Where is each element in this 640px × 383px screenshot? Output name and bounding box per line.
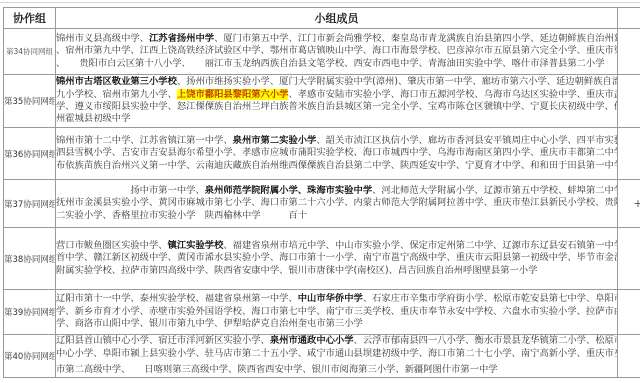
school-names-text: 、 贵阳市白云区第十八小学、 丽江市玉龙纳西族自治县文笔学校、西安市西电中学、青… <box>56 58 605 69</box>
school-names-text: 、福建省泉州市培元中学、中山市实验小学、保定市定州第二中学、辽源市东辽县安石镇第… <box>223 240 617 251</box>
group-members-cell: 锦州市第十二中学、江苏省镇江第一中学、泉州市第二实验小学、韶关市浈江区执信小学、… <box>56 128 618 180</box>
header-extra-column <box>618 8 640 29</box>
school-names-text: 、宿州市第九中学、江西上饶高铁经济试验区中学、鄂州市葛店镇映山中学、海口市海景学… <box>56 45 617 56</box>
extra-cell-empty <box>618 75 640 128</box>
group-label: 第39协同网组 <box>4 290 56 335</box>
school-names-text: 锦州市第十二中学、江苏省镇江第一中学、 <box>56 135 233 146</box>
group-label: 第34协同网组 <box>4 29 56 75</box>
school-names-text: 锦州市义县高级中学、 <box>56 33 149 44</box>
school-names-text: 学、商洛市山阳中学、银川市第九中学、伊犁哈萨克自治州奎屯市第三小学 <box>56 318 363 329</box>
school-names-text: 布依族苗族自治州兴义第一中学、云南迪庆藏族自治州维西傈僳族自治县第二中学、陕西延… <box>56 160 617 171</box>
school-name-bold: 泉州市通政中心小学 <box>270 335 354 346</box>
school-names-text: 二实验小学、香格里拉市实验小学 陕西榆林中学 百十 <box>56 210 307 221</box>
school-names-text: 、厦门市第五中学、江门市新会尚雅学校、秦皇岛市青龙满族自治县第四小学、延边朝鲜族… <box>214 33 617 44</box>
group-members-cell: 锦州市义县高级中学、江苏省扬州中学、厦门市第五中学、江门市新会尚雅学校、秦皇岛市… <box>56 29 618 75</box>
members-text-line: 布依族苗族自治州兴义第一中学、云南迪庆藏族自治州维西傈僳族自治县第二中学、陕西延… <box>56 160 617 172</box>
table-header-row: 协作组 小组成员 <box>4 8 640 29</box>
school-names-text: 中心小学、阜阳市颍上县实验小学、驻马店市第二十五小学、咸宁市通山县坝建初级中学、… <box>56 348 617 359</box>
school-names-text: 扬中市第一中学、 <box>56 185 205 196</box>
school-name-highlighted: 上饶市鄱阳县黎阳第六小学 <box>177 89 289 100</box>
members-text-line: 辽阳县首山镇中心小学、宿迁市洋河新区实验小学、泉州市通政中心小学、云浮市郁南县四… <box>56 335 617 347</box>
header-members-column: 小组成员 <box>56 8 618 29</box>
group-label: 第35协同网组 <box>4 75 56 128</box>
table-row: 第40协同网组辽阳县首山镇中心小学、宿迁市洋河新区实验小学、泉州市通政中心小学、… <box>4 335 640 378</box>
school-names-text: 学、遵义市绥阳县实验中学、怒江傈僳族自治州兰坪白族普米族自治县城区第一完全小学、… <box>56 101 617 112</box>
school-name-bold: 江苏省扬州中学 <box>149 33 214 44</box>
page-top-rule <box>0 2 640 3</box>
table-row: 第36协同网组锦州市第十二中学、江苏省镇江第一中学、泉州市第二实验小学、韶关市浈… <box>4 128 640 180</box>
extra-cell-empty <box>618 290 640 335</box>
school-names-text: 、扬州市维扬实验小学、厦门大学附属实验中学(漳州)、肇庆市第一中学、廊坊市第六小… <box>177 76 617 87</box>
school-names-text: 、韶关市浈江区执信小学、廊坊市香河县安平镇周庄中心小学、四平市实验中学、宿州市 <box>316 135 617 146</box>
school-names-text: 辽阳县首山镇中心小学、宿迁市洋河新区实验小学、 <box>56 335 270 346</box>
group-members-cell: 扬中市第一中学、泉州师范学院附属小学、珠海市实验中学、河北师范大学附属小学、辽源… <box>56 180 618 228</box>
members-text-line: 、宿州市第九中学、江西上饶高铁经济试验区中学、鄂州市葛店镇映山中学、海口市海景学… <box>56 45 617 57</box>
school-names-text: 抚州市金溪县实验小学、黄冈市麻城市第七小学、海口市第二十六小学、内蒙古师范大学附… <box>56 197 617 208</box>
table-row: 第38协同网组营口市鲅鱼圈区实验中学、镇江实验学校、福建省泉州市培元中学、中山市… <box>4 228 640 290</box>
school-names-text: 、云浮市郁南县四一八小学、衡水市景县龙华镇第二小学、松原市扶余市新源镇 <box>354 335 617 346</box>
members-text-line: 学、遵义市绥阳县实验中学、怒江傈僳族自治州兰坪白族普米族自治县城区第一完全小学、… <box>56 101 617 113</box>
members-text-line: 首中学、赣江新区初级中学、黄冈市浠水县实验小学、海口市第十一小学、南宁市邕宁高级… <box>56 252 617 264</box>
members-text-line: 抚州市金溪县实验小学、黄冈市麻城市第七小学、海口市第二十六小学、内蒙古师范大学附… <box>56 197 617 209</box>
expand-button[interactable]: + <box>618 180 640 228</box>
group-table-body: 第34协同网组锦州市义县高级中学、江苏省扬州中学、厦门市第五中学、江门市新会尚雅… <box>4 29 640 378</box>
members-text-line: 州霍城县初级中学 <box>56 113 617 125</box>
extra-cell-empty <box>618 228 640 290</box>
group-label: 第40协同网组 <box>4 335 56 378</box>
group-label: 第38协同网组 <box>4 228 56 290</box>
members-text-line: 中心小学、阜阳市颍上县实验小学、驻马店市第二十五小学、咸宁市通山县坝建初级中学、… <box>56 348 617 360</box>
members-text-line: 市第二高级中学、 日喀则第三高级中学、陕西省西安中学、银川市阅海第三小学、新疆阿… <box>56 364 617 376</box>
table-row: 第34协同网组锦州市义县高级中学、江苏省扬州中学、厦门市第五中学、江门市新会尚雅… <box>4 29 640 75</box>
group-members-cell: 营口市鲅鱼圈区实验中学、镇江实验学校、福建省泉州市培元中学、中山市实验小学、保定… <box>56 228 618 290</box>
members-text-line: 扬中市第一中学、泉州师范学院附属小学、珠海市实验中学、河北师范大学附属小学、辽源… <box>56 185 617 197</box>
members-text-line: 学、新乡市育才小学、赤壁市实验外国语学校、海口市第七中学、南宁市三美学校、重庆市… <box>56 306 617 318</box>
group-members-cell: 辽阳市第十一中学、泰州实验学校、福建省泉州第一中学、中山市华侨中学、石家庄市辛集… <box>56 290 618 335</box>
school-names-text: 首中学、赣江新区初级中学、黄冈市浠水县实验小学、海口市第十一小学、南宁市邕宁高级… <box>56 252 617 263</box>
group-members-cell: 辽阳县首山镇中心小学、宿迁市洋河新区实验小学、泉州市通政中心小学、云浮市郁南县四… <box>56 335 618 378</box>
table-row: 第39协同网组辽阳市第十一中学、泰州实验学校、福建省泉州第一中学、中山市华侨中学… <box>4 290 640 335</box>
school-names-text: 九小学校、宿州市第九小学、 <box>56 89 177 100</box>
school-name-bold: 泉州师范学院附属小学、珠海市实验中学 <box>205 185 372 196</box>
school-name-bold: 镇江实验学校 <box>168 240 224 251</box>
members-text-line: 二实验小学、香格里拉市实验小学 陕西榆林中学 百十 <box>56 210 617 222</box>
group-label: 第36协同网组 <box>4 128 56 180</box>
school-names-text: 附属实验学校、拉萨市第四高级中学、陕西省安康中学、银川市唐徕中学(南校区)、昌吉… <box>56 265 537 276</box>
school-names-text: 、石家庄市辛集市学府街小学、松原市乾安县第七中学、阜阳市清河路第一小 <box>363 293 617 304</box>
group-members-cell: 锦州市古塔区敬业第三小学校、扬州市维扬实验小学、厦门大学附属实验中学(漳州)、肇… <box>56 75 618 128</box>
members-text-line: 锦州市第十二中学、江苏省镇江第一中学、泉州市第二实验小学、韶关市浈江区执信小学、… <box>56 135 617 147</box>
school-names-text: 辽阳市第十一中学、泰州实验学校、福建省泉州第一中学、 <box>56 293 298 304</box>
school-names-text: 市第二高级中学、 日喀则第三高级中学、陕西省西安中学、银川市阅海第三小学、新疆阿… <box>56 364 498 375</box>
members-text-line: 泗县雪枫小学、吉安市吉安县海尔希望小学、孝感市应城市蒲阳实验学校、海口市城西中学… <box>56 147 617 159</box>
school-name-bold: 中山市华侨中学 <box>298 293 363 304</box>
members-text-line: 九小学校、宿州市第九小学、上饶市鄱阳县黎阳第六小学、孝感市安陆市实验小学、海口市… <box>56 89 617 101</box>
members-text-line: 附属实验学校、拉萨市第四高级中学、陕西省安康中学、银川市唐徕中学(南校区)、昌吉… <box>56 265 617 277</box>
table-row: 第35协同网组锦州市古塔区敬业第三小学校、扬州市维扬实验小学、厦门大学附属实验中… <box>4 75 640 128</box>
members-text-line: 营口市鲅鱼圈区实验中学、镇江实验学校、福建省泉州市培元中学、中山市实验小学、保定… <box>56 240 617 252</box>
school-names-text: 学、新乡市育才小学、赤壁市实验外国语学校、海口市第七中学、南宁市三美学校、重庆市… <box>56 306 617 317</box>
members-text-line: 锦州市古塔区敬业第三小学校、扬州市维扬实验小学、厦门大学附属实验中学(漳州)、肇… <box>56 76 617 88</box>
group-label: 第37协同网组 <box>4 180 56 228</box>
members-text-line: 辽阳市第十一中学、泰州实验学校、福建省泉州第一中学、中山市华侨中学、石家庄市辛集… <box>56 293 617 305</box>
document-page: 协作组 小组成员 第34协同网组锦州市义县高级中学、江苏省扬州中学、厦门市第五中… <box>0 0 640 383</box>
extra-cell-empty <box>618 128 640 180</box>
header-group-column: 协作组 <box>4 8 56 29</box>
school-names-text: 、河北师范大学附属小学、辽源市第五中学校、蚌埠第二中学 <box>372 185 617 196</box>
school-names-text: 营口市鲅鱼圈区实验中学、 <box>56 240 168 251</box>
school-name-bold: 泉州市第二实验小学 <box>233 135 317 146</box>
school-names-text: 泗县雪枫小学、吉安市吉安县海尔希望小学、孝感市应城市蒲阳实验学校、海口市城西中学… <box>56 147 617 158</box>
school-name-bold: 锦州市古塔区敬业第三小学校 <box>56 76 177 87</box>
collaboration-groups-table: 协作组 小组成员 第34协同网组锦州市义县高级中学、江苏省扬州中学、厦门市第五中… <box>3 7 640 378</box>
members-text-line: 、 贵阳市白云区第十八小学、 丽江市玉龙纳西族自治县文笔学校、西安市西电中学、青… <box>56 58 617 70</box>
members-text-line: 锦州市义县高级中学、江苏省扬州中学、厦门市第五中学、江门市新会尚雅学校、秦皇岛市… <box>56 33 617 45</box>
extra-cell-empty <box>618 335 640 378</box>
school-names-text: 州霍城县初级中学 <box>56 113 130 124</box>
members-text-line: 学、商洛市山阳中学、银川市第九中学、伊犁哈萨克自治州奎屯市第三小学 <box>56 318 617 330</box>
extra-cell-empty <box>618 29 640 75</box>
school-names-text: 、孝感市安陆市实验小学、海口市五源河学校、乌海市乌达区实验中学、重庆市武隆区实验… <box>288 89 617 100</box>
table-row: 第37协同网组 扬中市第一中学、泉州师范学院附属小学、珠海市实验中学、河北师范大… <box>4 180 640 228</box>
